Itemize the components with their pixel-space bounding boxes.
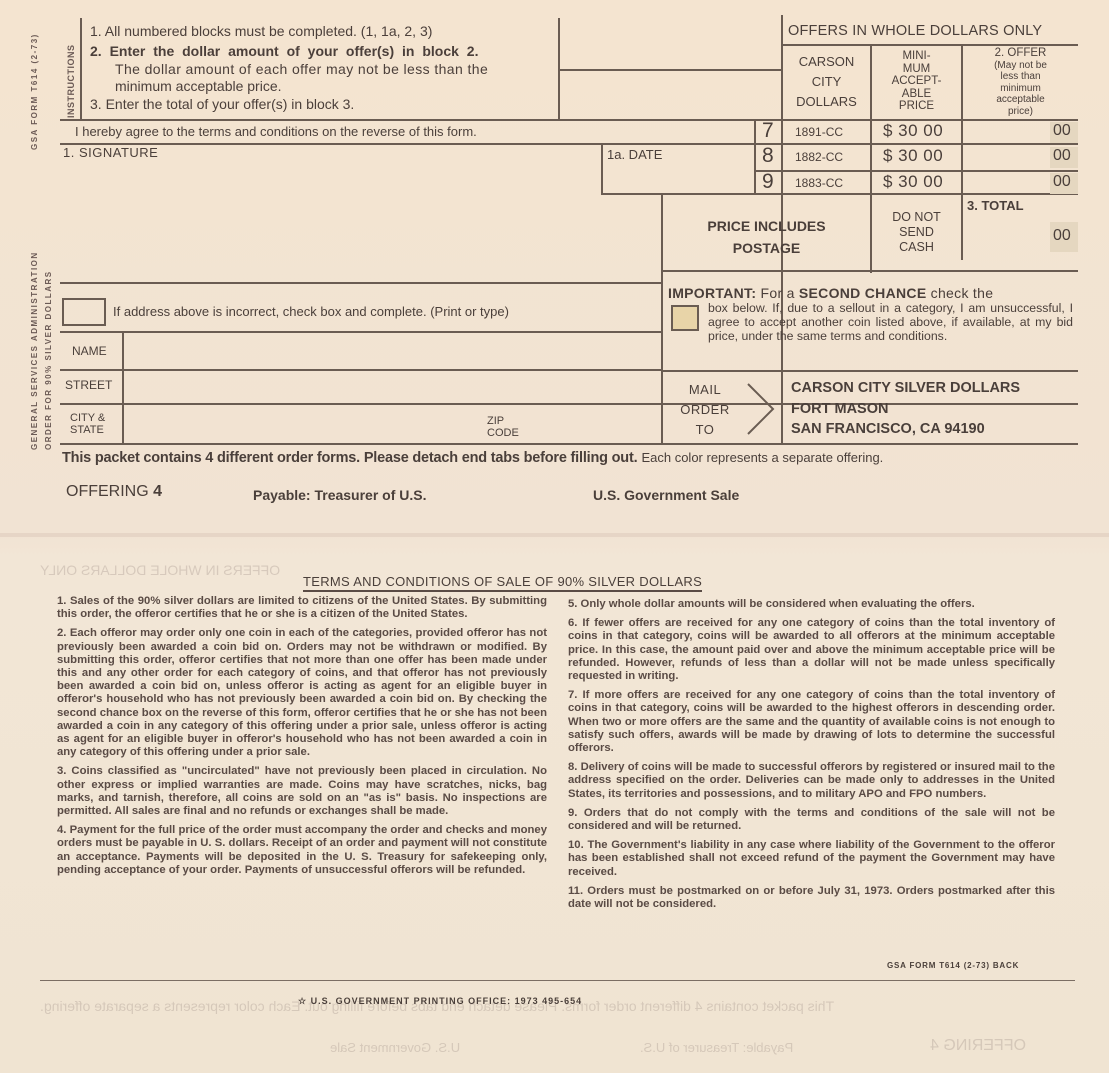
- terms-left-column: 1. Sales of the 90% silver dollars are l…: [57, 595, 547, 883]
- terms-clause: 4. Payment for the full price of the ord…: [57, 824, 547, 877]
- coin-column-header: CARSON CITY DOLLARS: [783, 52, 870, 112]
- min-price: $ 30 00: [883, 172, 943, 192]
- offer-dollars-field[interactable]: [963, 146, 1048, 168]
- terms-clause: 9. Orders that do not comply with the te…: [568, 807, 1055, 833]
- sale-type: U.S. Government Sale: [593, 487, 739, 503]
- instruction-1: 1. All numbered blocks must be completed…: [90, 23, 432, 39]
- back-form-id: GSA FORM T614 (2-73) BACK: [887, 961, 1019, 970]
- coin-name: 1883-CC: [795, 176, 843, 190]
- printing-office-line: ☆ U.S. GOVERNMENT PRINTING OFFICE: 1973 …: [298, 996, 582, 1007]
- agency-line-2: ORDER FOR 90% SILVER DOLLARS: [44, 195, 53, 450]
- address-incorrect-checkbox[interactable]: [62, 298, 106, 326]
- terms-clause: 3. Coins classified as "uncirculated" ha…: [57, 765, 547, 818]
- offers-table-title: OFFERS IN WHOLE DOLLARS ONLY: [788, 23, 1042, 39]
- second-chance-body: box below. If, due to a sellout in a cat…: [708, 302, 1073, 343]
- ghost-payable: Payable: Treasurer of U.S.: [640, 1040, 793, 1055]
- name-label: NAME: [72, 344, 107, 358]
- instructions-label: INSTRUCTIONS: [66, 18, 76, 118]
- offer-dollars-field[interactable]: [963, 172, 1048, 194]
- city-state-field[interactable]: [126, 406, 476, 442]
- row-number: 7: [762, 119, 774, 143]
- min-price-column-header: MINI- MUM ACCEPT- ABLE PRICE: [872, 50, 961, 113]
- name-field[interactable]: [126, 336, 656, 368]
- offer-column-header: 2. OFFER (May not be less than minimum a…: [963, 48, 1078, 117]
- instruction-3: 3. Enter the total of your offer(s) in b…: [90, 96, 354, 112]
- zip-code-field[interactable]: [530, 406, 655, 442]
- date-field[interactable]: [606, 165, 754, 193]
- do-not-send-cash: DO NOT SEND CASH: [872, 210, 961, 255]
- coin-name: 1891-CC: [795, 125, 843, 139]
- instruction-2: 2. Enter the dollar amount of your offer…: [90, 43, 478, 59]
- total-label: 3. TOTAL: [967, 198, 1024, 213]
- mail-to-address: CARSON CITY SILVER DOLLARS FORT MASON SA…: [791, 378, 1020, 440]
- terms-title: TERMS AND CONDITIONS OF SALE OF 90% SILV…: [303, 574, 702, 592]
- signature-label: 1. SIGNATURE: [63, 145, 158, 160]
- street-label: STREET: [65, 378, 112, 392]
- offer-cents: 00: [1053, 122, 1071, 140]
- terms-clause: 10. The Government's liability in any ca…: [568, 839, 1055, 879]
- total-dollars-field[interactable]: [963, 215, 1048, 255]
- total-cents: 00: [1053, 227, 1071, 245]
- price-includes-postage: PRICE INCLUDES POSTAGE: [663, 215, 870, 259]
- offer-cents: 00: [1053, 173, 1071, 191]
- instruction-2-line3: minimum acceptable price.: [115, 78, 282, 94]
- offer-cents: 00: [1053, 147, 1071, 165]
- terms-right-column: 5. Only whole dollar amounts will be con…: [568, 598, 1055, 917]
- second-chance-checkbox[interactable]: [671, 305, 699, 331]
- terms-clause: 5. Only whole dollar amounts will be con…: [568, 598, 1055, 611]
- second-chance-heading: IMPORTANT: For a SECOND CHANCE check the: [668, 285, 993, 301]
- row-number: 9: [762, 170, 774, 194]
- address-checkbox-label: If address above is incorrect, check box…: [113, 304, 509, 319]
- packet-note: This packet contains 4 different order f…: [62, 450, 883, 466]
- ghost-table-title: OFFERS IN WHOLE DOLLARS ONLY: [40, 562, 280, 578]
- signature-input-area[interactable]: [62, 162, 597, 242]
- terms-clause: 8. Delivery of coins will be made to suc…: [568, 761, 1055, 801]
- agreement-text: I hereby agree to the terms and conditio…: [75, 124, 477, 139]
- terms-clause: 11. Orders must be postmarked on or befo…: [568, 885, 1055, 911]
- payable-to: Payable: Treasurer of U.S.: [253, 487, 427, 503]
- instruction-2-line2: The dollar amount of each offer may not …: [115, 61, 488, 77]
- min-price: $ 30 00: [883, 121, 943, 141]
- fold-line: [0, 533, 1109, 537]
- terms-clause: 2. Each offeror may order only one coin …: [57, 627, 547, 759]
- mail-order-to-label: MAIL ORDER TO: [665, 380, 745, 440]
- offer-dollars-field[interactable]: [963, 121, 1048, 143]
- ghost-sale-type: U.S. Government Sale: [330, 1040, 460, 1055]
- zip-code-label: ZIP CODE: [487, 415, 519, 439]
- ghost-offering: OFFERING 4: [930, 1037, 1026, 1055]
- coin-name: 1882-CC: [795, 150, 843, 164]
- agency-line-1: GENERAL SERVICES ADMINISTRATION: [30, 195, 39, 450]
- offering-label: OFFERING 4: [66, 483, 162, 501]
- city-state-label: CITY & STATE: [70, 412, 105, 436]
- form-id-label: GSA FORM T614 (2-73): [30, 30, 39, 150]
- arrow-right-icon: [746, 382, 776, 436]
- terms-clause: 6. If fewer offers are received for any …: [568, 617, 1055, 683]
- street-field[interactable]: [126, 372, 656, 400]
- terms-clause: 7. If more offers are received for any o…: [568, 689, 1055, 755]
- date-label: 1a. DATE: [607, 147, 662, 162]
- terms-clause: 1. Sales of the 90% silver dollars are l…: [57, 595, 547, 621]
- min-price: $ 30 00: [883, 146, 943, 166]
- row-number: 8: [762, 144, 774, 168]
